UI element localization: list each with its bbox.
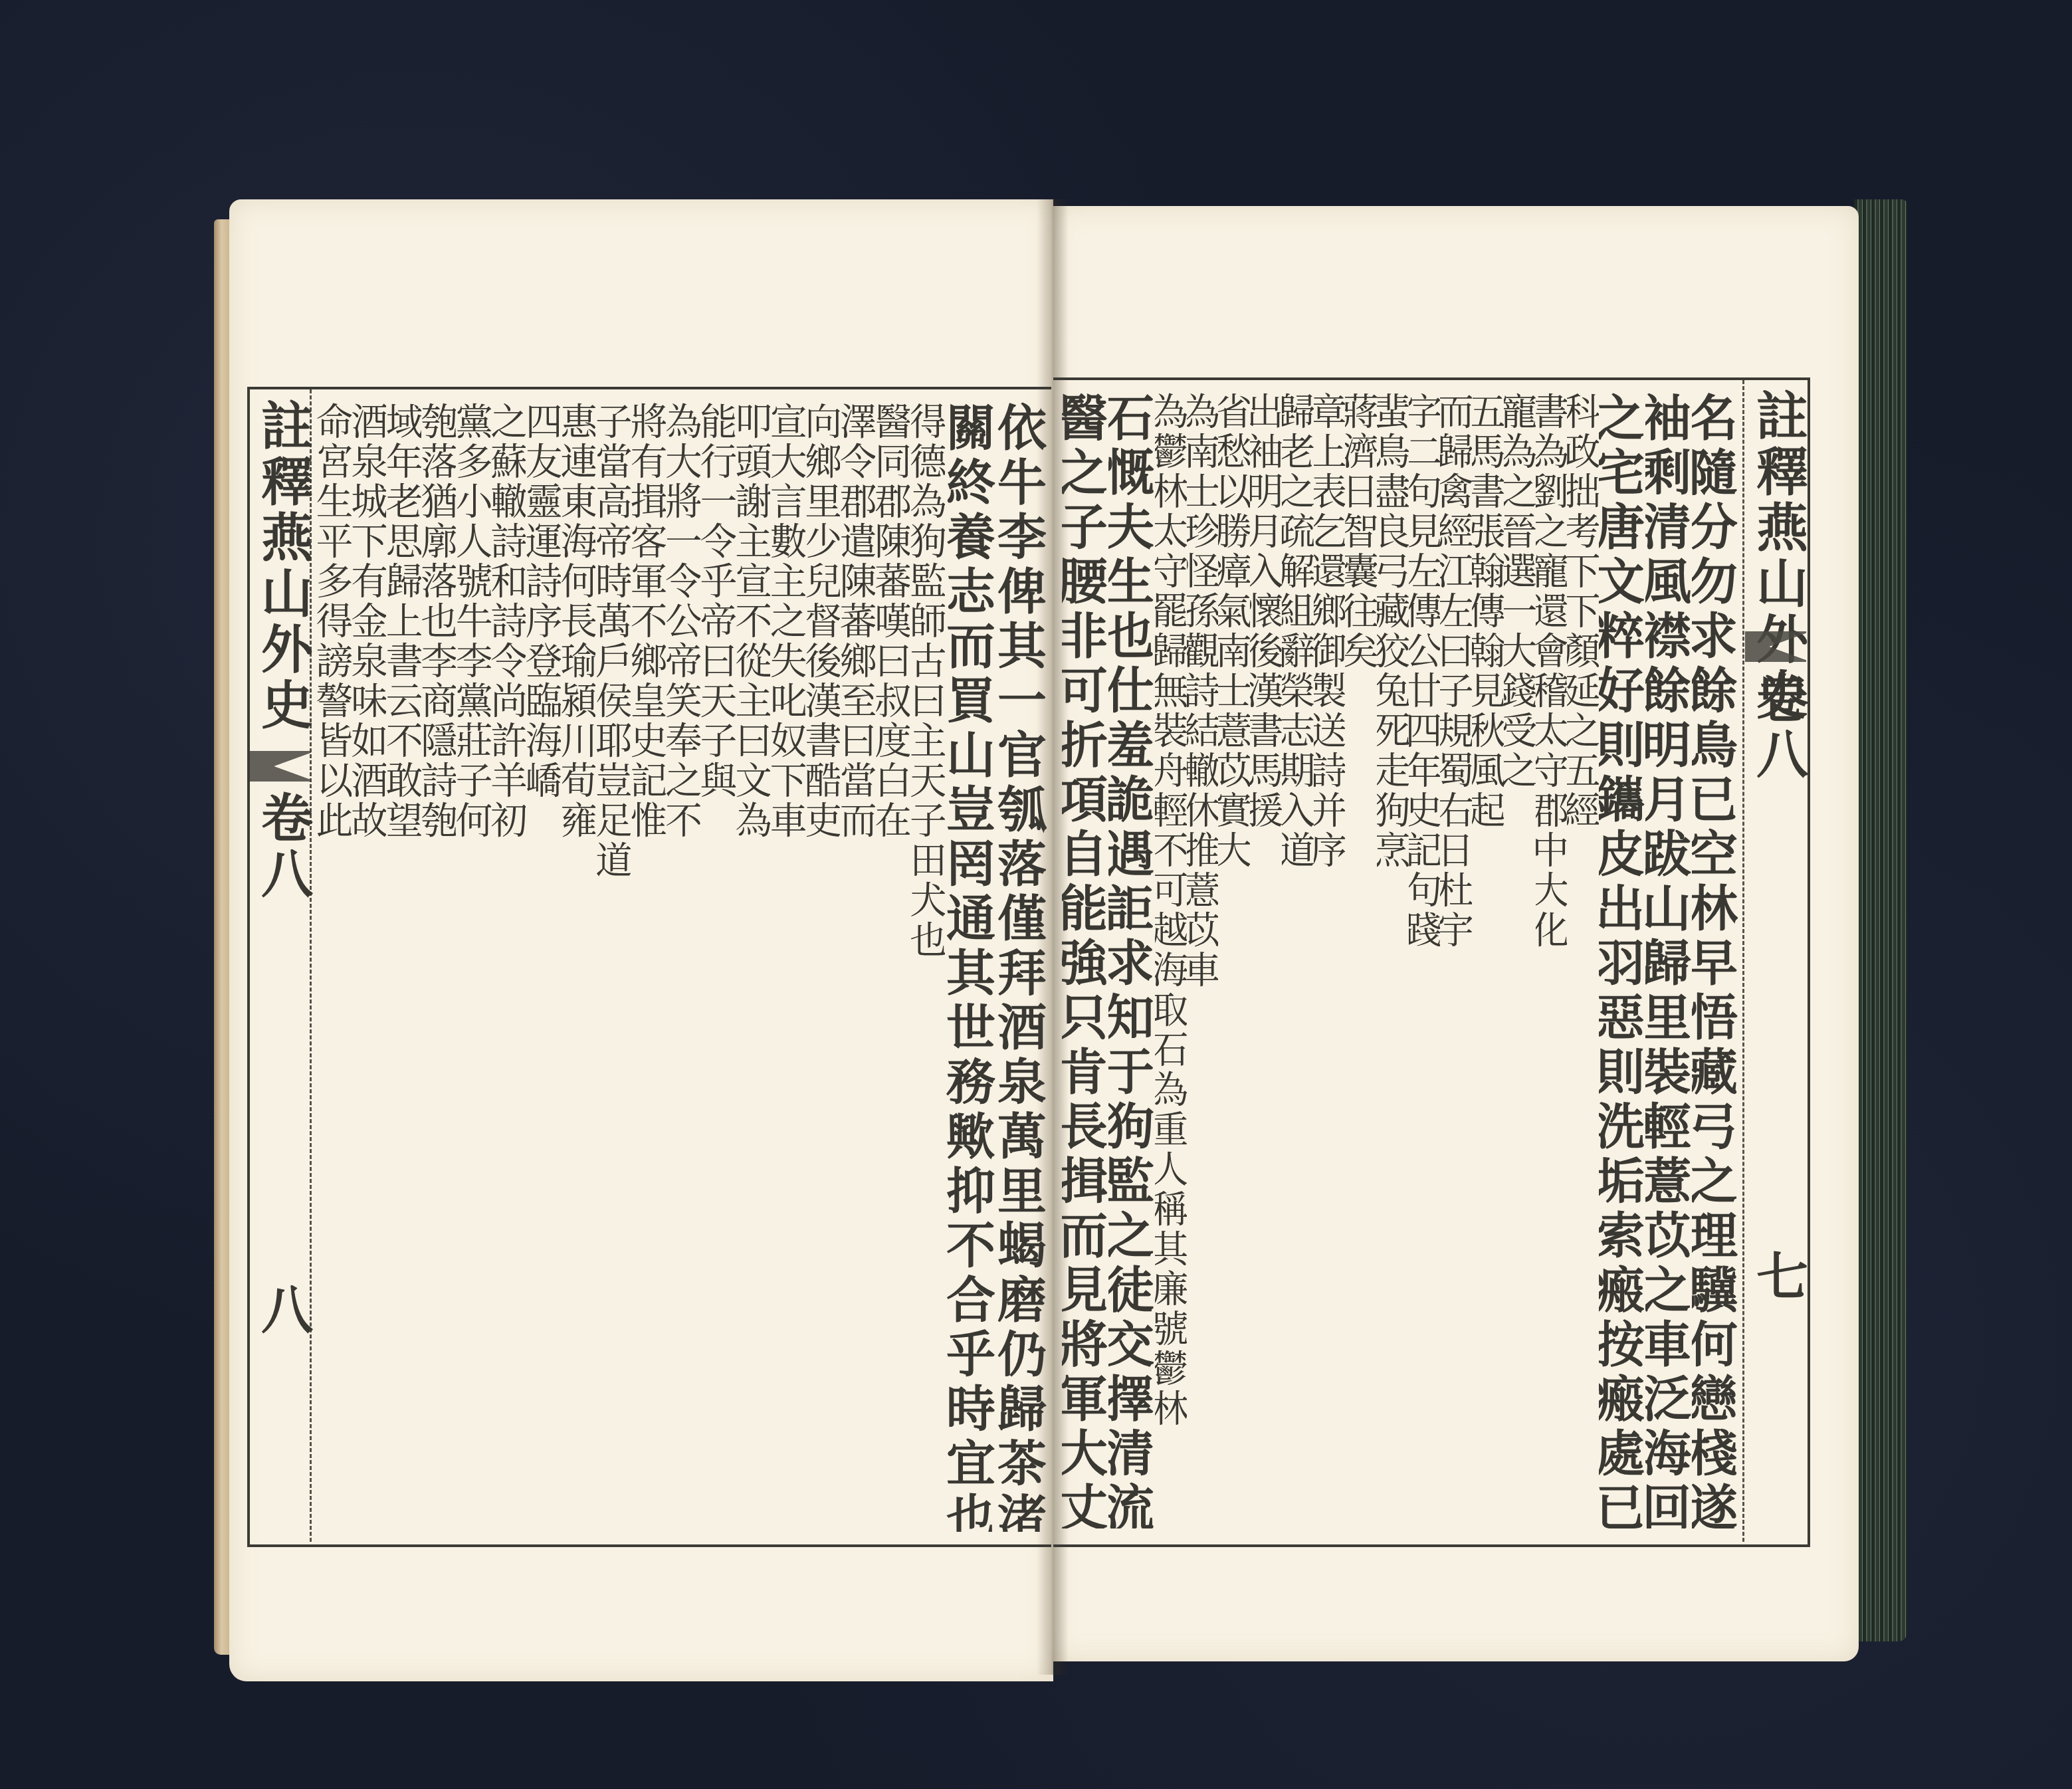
right-note-column: 省愁以勝瘴氣南士薏苡實大 <box>1218 392 1250 1528</box>
right-big-column-2: 袖剩清風襟餘明月跋山歸里裝輕薏苡之車泛海回家舟重鬱林 <box>1645 392 1692 1528</box>
right-margin-volume: 卷八 <box>1748 671 1808 783</box>
left-note-column: 四友靈運詩序登臨海嶠 <box>526 402 561 1532</box>
right-big-column-4: 石慨夫生也仕羞詭遇詎求知于狗監之徒交擇清流豈忍棄夫牛 <box>1108 392 1155 1528</box>
right-note-column: 寵為之晉選一大錢受之 <box>1504 392 1536 1528</box>
left-note-column: 酒泉城下有金泉味如酒故 <box>352 402 387 1532</box>
right-big-column-5: 醫之子腰非可折項自能強只肯長揖而見將軍大丈夫當如是也 <box>1062 392 1108 1528</box>
left-note-column: 叩頭謝主宣不從主曰文為 <box>736 402 771 1532</box>
left-note-column: 惠連東海何長瑜潁川荀雍 <box>561 402 596 1532</box>
right-note-column: 書為劉之寵還會稽太守郡中大化 <box>1536 392 1568 1528</box>
left-note-column: 匏落猶廓落也李商隱詩匏 <box>421 402 457 1532</box>
right-note-column: 蔣濟日智囊往矣 <box>1345 392 1377 1528</box>
left-margin-title: 註釋燕山外史 <box>253 399 312 734</box>
left-note-column: 之蘇轍詩和詩令尚許羊初 <box>491 402 526 1532</box>
left-page-number: 八 <box>253 1283 312 1338</box>
left-fish-tail-mark <box>250 751 311 782</box>
right-note-column: 為南士珍怪孫觀詩結轍休推薏苡車 <box>1187 392 1219 1528</box>
right-fore-edge-stack <box>1854 199 1907 1641</box>
right-note-column: 出袖明月入懷後漢書馬援 <box>1250 392 1282 1528</box>
right-note-column: 而歸禽經江左曰子規蜀右日杜宇 <box>1440 392 1472 1528</box>
left-note-column: 為大將一令公帝笑奉之不 <box>666 402 701 1532</box>
right-fish-tail-mark <box>1745 631 1806 662</box>
right-note-column: 五馬書張翰傳翰見秋風起 <box>1472 392 1504 1528</box>
right-note-column: 字二句見左傳公廿四年史記句踐 <box>1409 392 1441 1528</box>
right-note-column: 蜚鳥盡良弓藏狡兔死走狗烹 <box>1377 392 1409 1528</box>
left-big-column-1: 關終養志而買山豈罔通其世務歟抑不合乎時宜也 <box>945 402 996 1532</box>
right-note-column: 科政拙考下下顏延之五經 <box>1567 392 1599 1528</box>
left-note-column: 向鄉里少兒督後漢書酷吏 <box>805 402 841 1532</box>
left-margin-volume: 卷八 <box>253 791 312 902</box>
left-big-column-2: 依牛李俾其一官瓠落僅拜酒泉萬里蝎磨仍歸茶渚無般情以戀 <box>996 402 1047 1532</box>
left-note-column: 得德為狗監師古曰主天子田犬也 <box>910 402 945 1532</box>
right-big-column-1: 名隨分勿求餘鳥已空林早悟藏弓之理驥何戀棧遂成解組之謀 <box>1692 392 1738 1528</box>
left-note-column: 能行一令乎帝曰天子與 <box>700 402 736 1532</box>
left-note-column: 澤令郡遣陳蕃鄉至曰當而 <box>840 402 875 1532</box>
left-note-column: 命宮生平多得謗謷皆以此 <box>316 402 352 1532</box>
left-note-column: 黨多小人號牛李黨莊子何 <box>456 402 491 1532</box>
left-note-column: 將有揖客軍不鄉皇史記惟 <box>631 402 666 1532</box>
left-page-body: 依牛李俾其一官瓠落僅拜酒泉萬里蝎磨仍歸茶渚無般情以戀 關終養志而買山豈罔通其世務… <box>316 402 1047 1532</box>
right-note-column: 為鬱林太守罷歸無裝舟輕不可越海取石為重人稱其廉號鬱林 <box>1155 392 1187 1528</box>
right-page-number: 七 <box>1748 1249 1808 1305</box>
right-note-column: 章上表乞還鄉御製送詩并序 <box>1314 392 1346 1528</box>
left-note-column: 宣大言數主之失叱奴下車 <box>770 402 805 1532</box>
left-note-column: 子當高帝時萬戶侯耶豈足道 <box>595 402 631 1532</box>
left-note-column: 醫同郡陳蕃嘆曰叔度白在 <box>875 402 910 1532</box>
right-big-column-3: 之宅唐文粹好則鑴皮出羽惡則洗垢索瘢按瘢處已愈有痕日廳 <box>1599 392 1645 1528</box>
right-page-body: 名隨分勿求餘鳥已空林早悟藏弓之理驥何戀棧遂成解組之謀 袖剩清風襟餘明月跋山歸里裝… <box>1062 392 1738 1528</box>
left-note-column: 域年老思歸上書云不敢望 <box>386 402 421 1532</box>
right-note-column: 歸老之疏解組辭榮志期入道 <box>1282 392 1314 1528</box>
